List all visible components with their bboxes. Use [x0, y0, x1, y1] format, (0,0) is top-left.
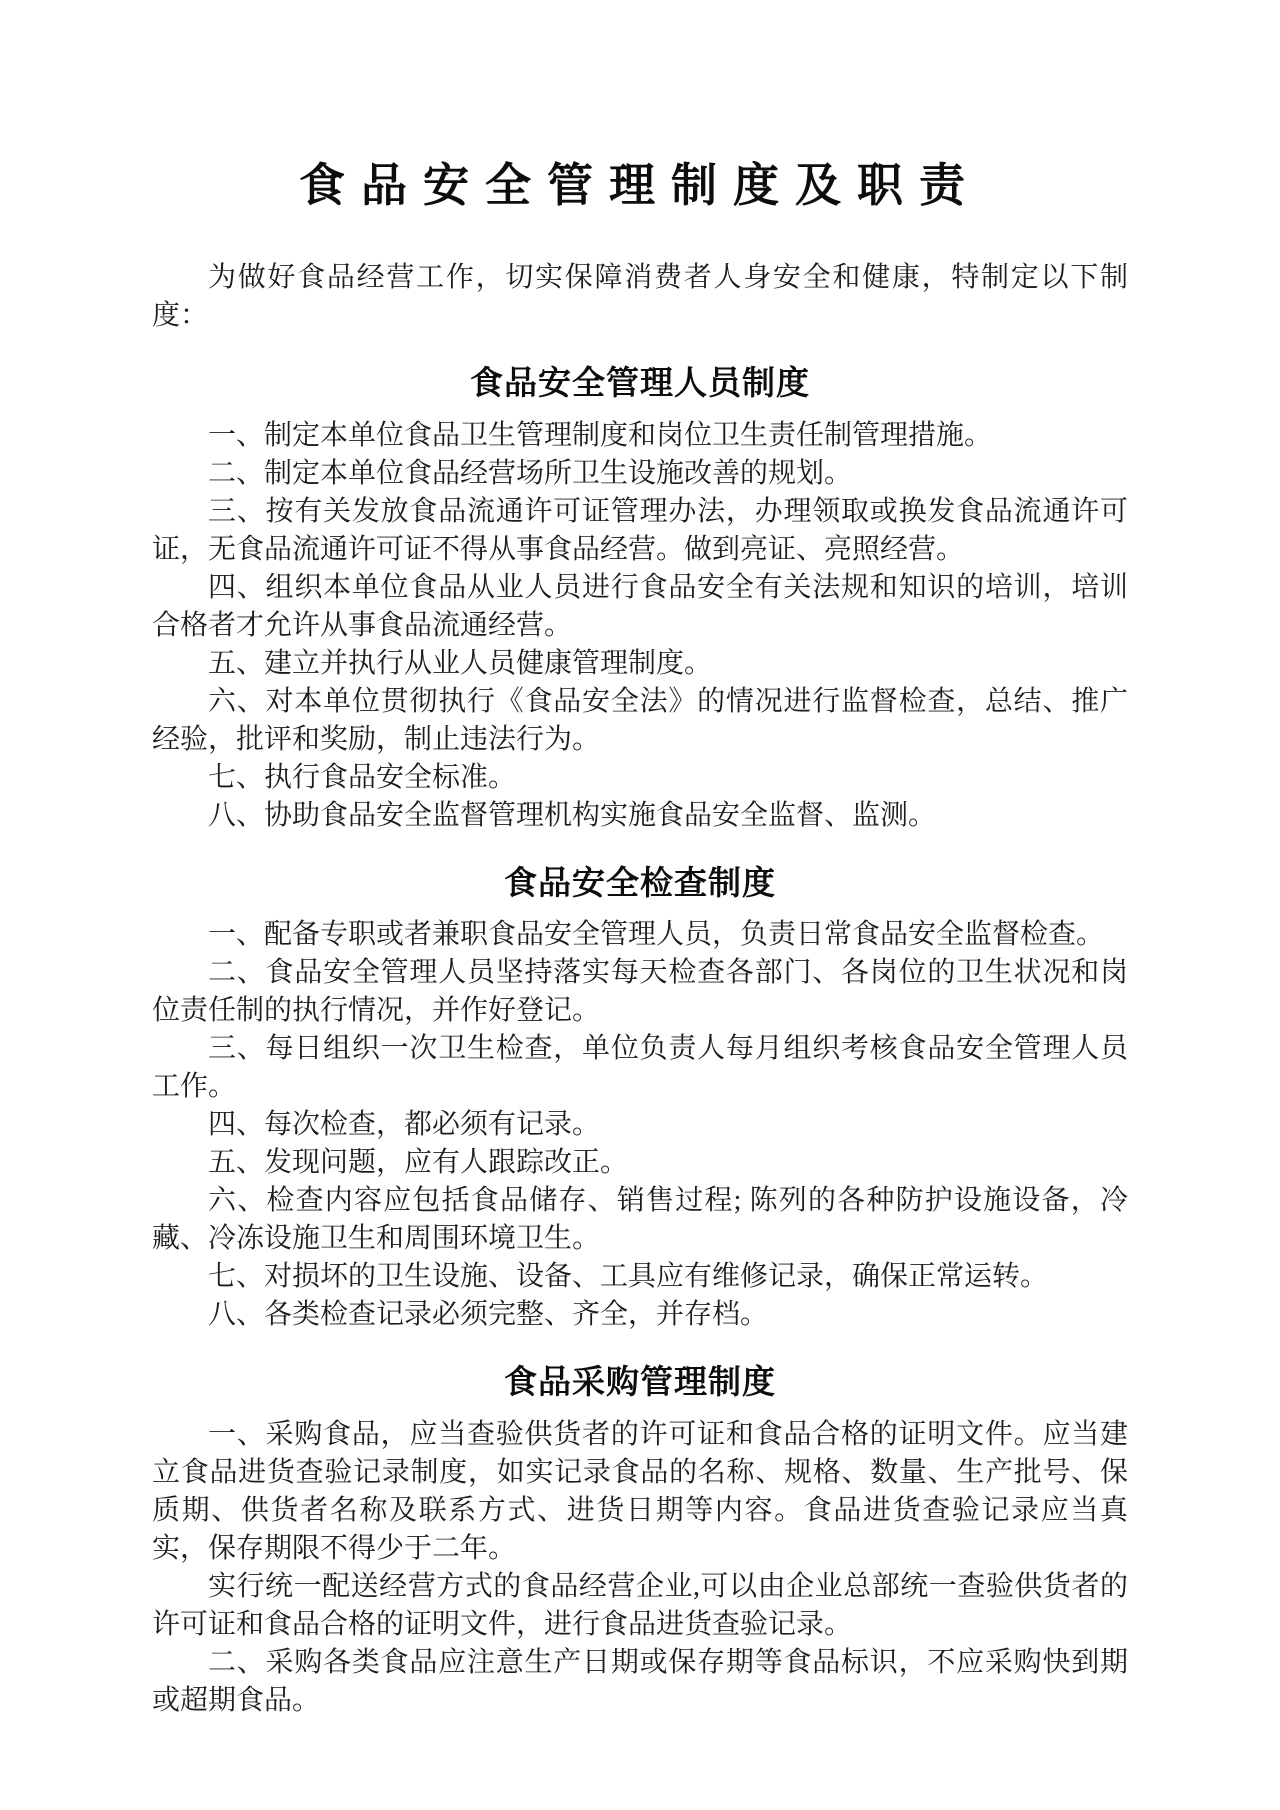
list-item: 六、对本单位贯彻执行《食品安全法》的情况进行监督检查，总结、推广经验，批评和奖励…	[152, 683, 1128, 759]
section-heading-inspection: 食品安全检查制度	[152, 865, 1128, 905]
list-item: 六、检查内容应包括食品储存、销售过程; 陈列的各种防护设施设备，冷藏、冷冻设施卫…	[152, 1182, 1128, 1258]
intro-paragraph: 为做好食品经营工作，切实保障消费者人身安全和健康，特制定以下制度：	[152, 259, 1128, 335]
list-item: 一、配备专职或者兼职食品安全管理人员，负责日常食品安全监督检查。	[152, 916, 1128, 954]
section-food-safety-inspection: 食品安全检查制度 一、配备专职或者兼职食品安全管理人员，负责日常食品安全监督检查…	[152, 865, 1128, 1335]
list-item: 三、按有关发放食品流通许可证管理办法，办理领取或换发食品流通许可证，无食品流通许…	[152, 493, 1128, 569]
section-heading-managers: 食品安全管理人员制度	[152, 365, 1128, 405]
list-item: 一、制定本单位食品卫生管理制度和岗位卫生责任制管理措施。	[152, 417, 1128, 455]
list-item: 七、对损坏的卫生设施、设备、工具应有维修记录，确保正常运转。	[152, 1258, 1128, 1296]
list-item: 三、每日组织一次卫生检查，单位负责人每月组织考核食品安全管理人员工作。	[152, 1030, 1128, 1106]
list-item: 四、组织本单位食品从业人员进行食品安全有关法规和知识的培训，培训合格者才允许从事…	[152, 569, 1128, 645]
list-item: 一、采购食品，应当查验供货者的许可证和食品合格的证明文件。应当建立食品进货查验记…	[152, 1416, 1128, 1568]
list-item: 五、建立并执行从业人员健康管理制度。	[152, 645, 1128, 683]
list-item: 七、执行食品安全标准。	[152, 759, 1128, 797]
list-item: 二、食品安全管理人员坚持落实每天检查各部门、各岗位的卫生状况和岗位责任制的执行情…	[152, 954, 1128, 1030]
section-food-safety-managers: 食品安全管理人员制度 一、制定本单位食品卫生管理制度和岗位卫生责任制管理措施。 …	[152, 365, 1128, 835]
section-heading-purchasing: 食品采购管理制度	[152, 1364, 1128, 1404]
list-item: 四、每次检查，都必须有记录。	[152, 1106, 1128, 1144]
list-item: 实行统一配送经营方式的食品经营企业,可以由企业总部统一查验供货者的许可证和食品合…	[152, 1568, 1128, 1644]
document-page: 食品安全管理制度及职责 为做好食品经营工作，切实保障消费者人身安全和健康，特制定…	[0, 0, 1280, 1810]
list-item: 二、制定本单位食品经营场所卫生设施改善的规划。	[152, 455, 1128, 493]
list-item: 五、发现问题，应有人跟踪改正。	[152, 1144, 1128, 1182]
list-item: 八、协助食品安全监督管理机构实施食品安全监督、监测。	[152, 797, 1128, 835]
list-item: 二、采购各类食品应注意生产日期或保存期等食品标识，不应采购快到期或超期食品。	[152, 1644, 1128, 1720]
section-food-purchasing: 食品采购管理制度 一、采购食品，应当查验供货者的许可证和食品合格的证明文件。应当…	[152, 1364, 1128, 1720]
list-item: 八、各类检查记录必须完整、齐全，并存档。	[152, 1296, 1128, 1334]
document-title: 食品安全管理制度及职责	[152, 158, 1128, 213]
